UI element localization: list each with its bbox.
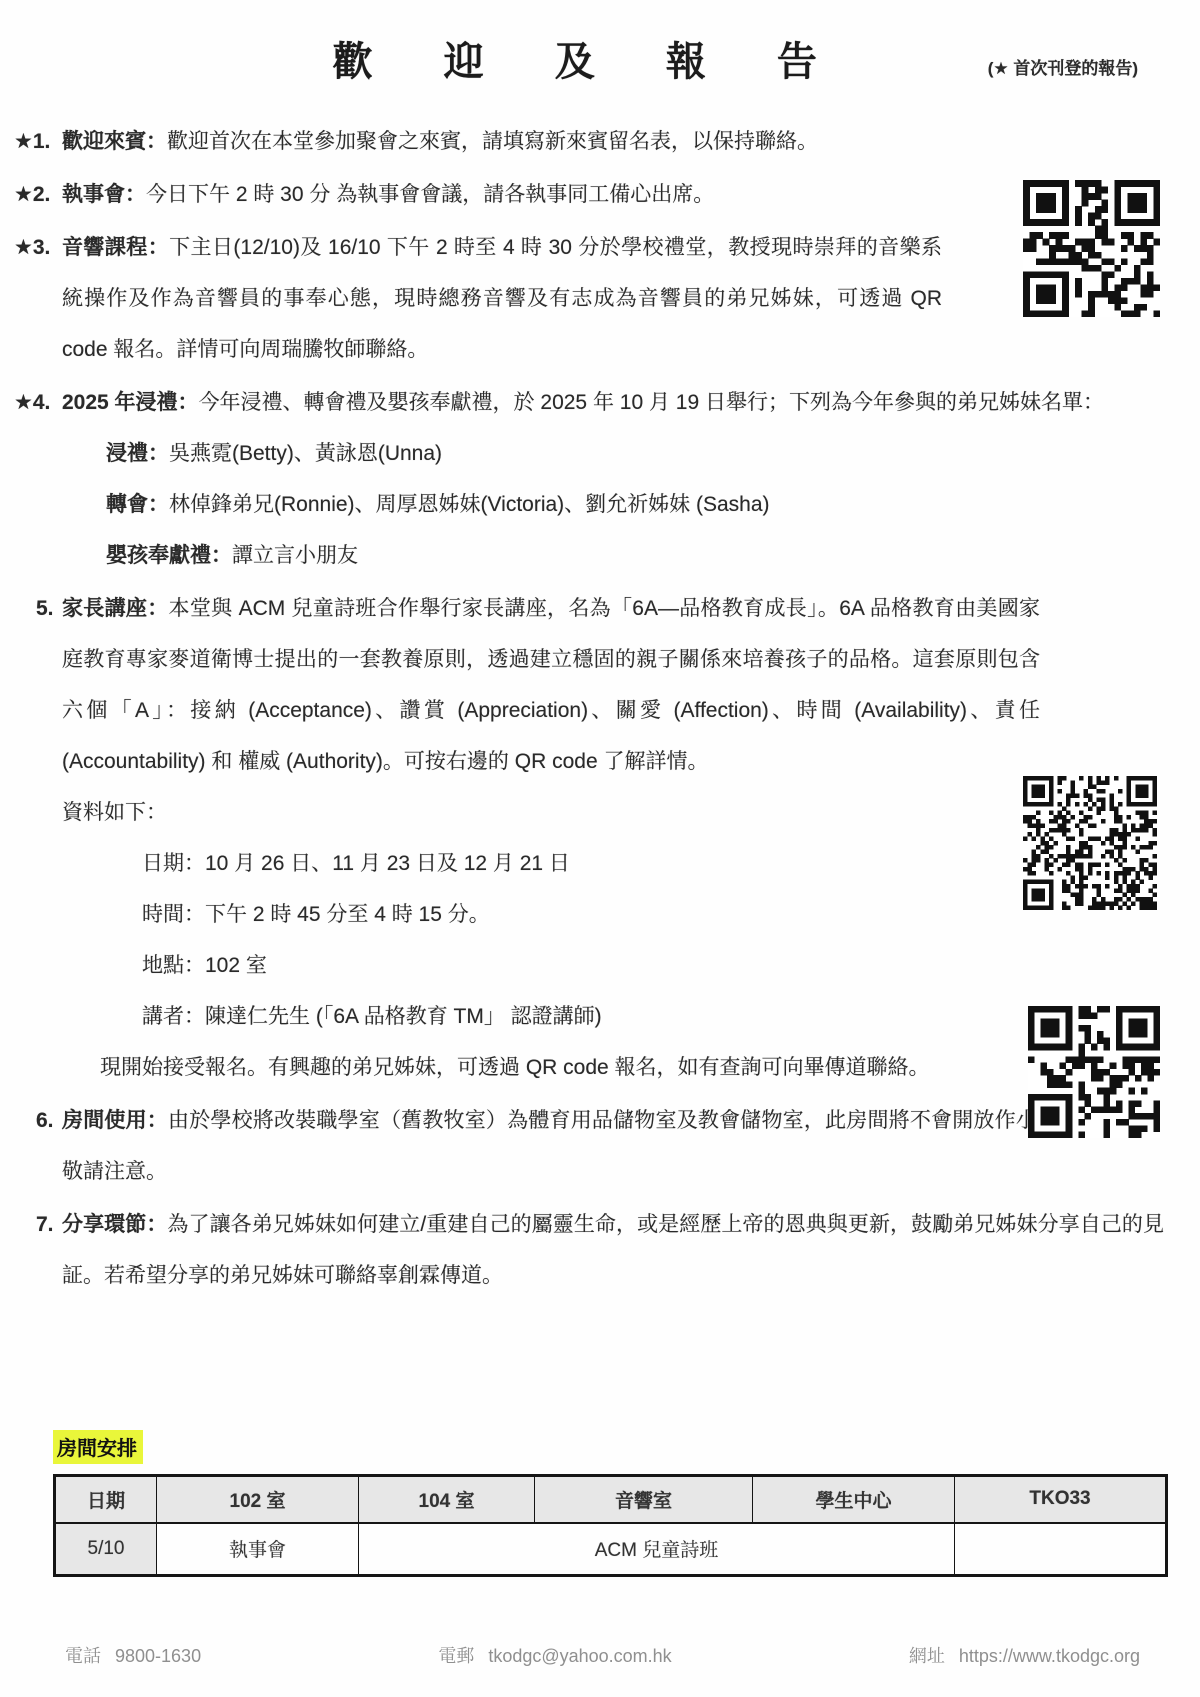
seminar-info-intro: 資料如下： [62,787,1040,838]
item-marker: 6. [36,1095,82,1146]
contact-footer: 電話9800-1630 電郵tkodgc@yahoo.com.hk 網址http… [65,1642,1140,1668]
sub-text: 吳燕霓(Betty)、黃詠恩(Unna) [169,442,442,465]
seminar-venue: 地點：102 室 [142,940,1040,991]
item-label: 歡迎來賓： [62,130,167,153]
qr-code-icon [1028,1006,1160,1138]
email-label: 電郵 [438,1646,474,1666]
list-item-sound-course: ★3.音響課程：下主日(12/10)及 16/10 下午 2 時至 4 時 30… [14,222,942,375]
item-marker: 5. [36,583,82,634]
page-title: 歡 迎 及 報 告 [332,30,846,87]
seminar-date: 日期：10 月 26 日、11 月 23 日及 12 月 21 日 [142,838,1040,889]
footer-email: 電郵tkodgc@yahoo.com.hk [438,1642,671,1668]
col-header-104: 104 室 [359,1476,535,1523]
col-header-sound: 音響室 [535,1476,753,1523]
col-header-student: 學生中心 [753,1476,955,1523]
list-item-sharing: 7.分享環節：為了讓各弟兄姊妹如何建立/重建自己的屬靈生命，或是經歷上帝的恩典與… [14,1199,1164,1301]
announcement-list: ★1.歡迎來賓：歡迎首次在本堂參加聚會之來賓，請填寫新來賓留名表，以保持聯絡。 … [14,116,1160,1301]
detail-text: 10 月 26 日、11 月 23 日及 12 月 21 日 [205,852,570,875]
list-item-baptism: ★4.2025 年浸禮：今年浸禮、轉會禮及嬰孩奉獻禮，於 2025 年 10 月… [14,377,1166,581]
detail-label: 時間： [142,903,205,926]
item-marker: 7. [36,1199,82,1250]
baptism-list: 浸禮：吳燕霓(Betty)、黃詠恩(Unna) [106,428,1166,479]
cell-shared: ACM 兒童詩班 [359,1523,955,1576]
sub-label: 轉會： [106,493,169,516]
room-arrangement-caption: 房間安排 [53,1430,143,1464]
sub-text: 林倬鋒弟兄(Ronnie)、周厚恩姊妹(Victoria)、劉允祈姊妹 (Sas… [169,493,770,516]
detail-label: 地點： [142,954,205,977]
item-text: 歡迎首次在本堂參加聚會之來賓，請填寫新來賓留名表，以保持聯絡。 [167,130,818,153]
cell-tko33 [955,1523,1167,1576]
room-arrangement-section: 房間安排 日期 102 室 104 室 音響室 學生中心 TKO33 5/10 [53,1430,1165,1577]
website-url: https://www.tkodgc.org [959,1646,1140,1666]
item-text: 由於學校將改裝職學室（舊教牧室）為體育用品儲物室及教會儲物室，此房間將不會開放作… [62,1109,1164,1183]
cell-date: 5/10 [55,1523,157,1576]
item-marker: ★4. [14,377,60,428]
detail-label: 日期： [142,852,205,875]
sub-label: 嬰孩奉獻禮： [106,544,232,567]
col-header-tko33: TKO33 [955,1476,1167,1523]
item-marker: ★1. [14,116,60,167]
item-text: 今日下午 2 時 30 分 為執事會會議，請各執事同工備心出席。 [146,183,714,206]
item-label: 音響課程： [62,236,169,259]
item-text: 本堂與 ACM 兒童詩班合作舉行家長講座，名為「6A—品格教育成長」。6A 品格… [62,597,1040,773]
footer-phone: 電話9800-1630 [65,1642,201,1668]
item-marker: ★2. [14,169,60,220]
website-label: 網址 [909,1646,945,1666]
list-item-parent-seminar: 5.家長講座：本堂與 ACM 兒童詩班合作舉行家長講座，名為「6A—品格教育成長… [14,583,1040,1093]
table-header-row: 日期 102 室 104 室 音響室 學生中心 TKO33 [55,1476,1167,1523]
sub-text: 譚立言小朋友 [232,544,358,567]
transfer-list: 轉會：林倬鋒弟兄(Ronnie)、周厚恩姊妹(Victoria)、劉允祈姊妹 (… [106,479,1166,530]
item-marker: ★3. [14,222,60,273]
item-label: 執事會： [62,183,146,206]
detail-text: 下午 2 時 45 分至 4 時 15 分。 [205,903,490,926]
bulletin-page: 歡 迎 及 報 告 (★ 首次刊登的報告) ★1.歡迎來賓：歡迎首次在本堂參加聚… [0,0,1200,1697]
infant-dedication-list: 嬰孩奉獻禮：譚立言小朋友 [106,530,1166,581]
col-header-date: 日期 [55,1476,157,1523]
item-text: 為了讓各弟兄姊妹如何建立/重建自己的屬靈生命，或是經歷上帝的恩典與更新，鼓勵弟兄… [62,1213,1164,1287]
list-item-welcome: ★1.歡迎來賓：歡迎首次在本堂參加聚會之來賓，請填寫新來賓留名表，以保持聯絡。 [14,116,1160,167]
qr-code-icon [1020,776,1160,910]
item-text: 今年浸禮、轉會禮及嬰孩奉獻禮，於 2025 年 10 月 19 日舉行；下列為今… [199,391,1104,414]
table-row: 5/10 執事會 ACM 兒童詩班 [55,1523,1167,1576]
detail-text: 102 室 [205,954,267,977]
title-row: 歡 迎 及 報 告 (★ 首次刊登的報告) [70,30,1130,90]
item-text: 下主日(12/10)及 16/10 下午 2 時至 4 時 30 分於學校禮堂，… [62,236,942,361]
phone-label: 電話 [65,1646,101,1666]
footer-website: 網址https://www.tkodgc.org [909,1642,1140,1668]
cell-room102: 執事會 [157,1523,359,1576]
phone-number: 9800-1630 [115,1646,201,1666]
qr-code-icon [1023,180,1160,317]
list-item-deacon-meeting: ★2.執事會：今日下午 2 時 30 分 為執事會會議，請各執事同工備心出席。 [14,169,1160,220]
seminar-time: 時間：下午 2 時 45 分至 4 時 15 分。 [142,889,1040,940]
seminar-signup-note: 現開始接受報名。有興趣的弟兄姊妹，可透過 QR code 報名，如有查詢可向畢傳… [100,1042,1162,1093]
detail-label: 講者： [142,1005,205,1028]
detail-text: 陳達仁先生 (「6A 品格教育 TM」 認證講師) [205,1005,602,1028]
first-publish-note: (★ 首次刊登的報告) [988,54,1138,79]
list-item-room-usage: 6.房間使用：由於學校將改裝職學室（舊教牧室）為體育用品儲物室及教會儲物室，此房… [14,1095,1164,1197]
room-arrangement-table: 日期 102 室 104 室 音響室 學生中心 TKO33 5/10 執事會 A… [53,1474,1168,1577]
col-header-102: 102 室 [157,1476,359,1523]
item-label: 2025 年浸禮： [62,391,199,414]
sub-label: 浸禮： [106,442,169,465]
email-address: tkodgc@yahoo.com.hk [488,1646,671,1666]
seminar-speaker: 講者：陳達仁先生 (「6A 品格教育 TM」 認證講師) [142,991,1040,1042]
